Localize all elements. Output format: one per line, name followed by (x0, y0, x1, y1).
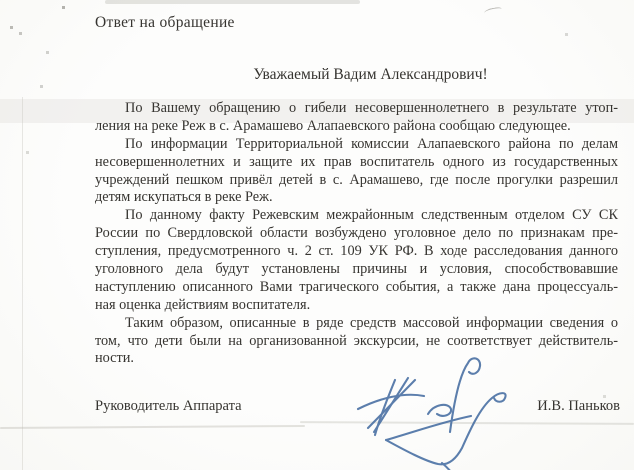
body-line: учреждений пешком привёл детей в с. Арам… (95, 172, 618, 190)
body-line: детям искупаться в реке Реж. (95, 189, 618, 207)
signoff-name: И.В. Паньков (537, 398, 620, 415)
body-line: уголовного дела будут установлены причин… (95, 261, 618, 279)
body-line: По информации Территориальной комиссии А… (95, 136, 618, 154)
scan-artifact-pen-mark (484, 6, 503, 16)
scanned-letter-page: Ответ на обращение Уважаемый Вадим Алекс… (0, 0, 634, 470)
body-line: наступлению описанного Вами трагического… (95, 279, 618, 297)
scan-artifact-top-band (105, 0, 360, 4)
body-line: России по Свердловской области возбужден… (95, 225, 618, 243)
scan-artifact-specks (0, 0, 1, 1)
body-line: ления на реке Реж в с. Арамашево Алапаев… (95, 118, 618, 136)
body-line: несовершеннолетних и защите их прав восп… (95, 154, 618, 172)
body-line: Таким образом, описанные в ряде средств … (95, 315, 618, 333)
body-line: По Вашему обращению о гибели несовершенн… (95, 100, 618, 118)
body-line: По данному факту Режевским межрайонным с… (95, 207, 618, 225)
letter-body: По Вашему обращению о гибели несовершенн… (95, 100, 618, 368)
handwritten-signature-icon (322, 352, 522, 470)
body-line: том, что дети были на организованной экс… (95, 333, 618, 351)
scan-artifact-fold-line (22, 97, 23, 470)
signoff-role: Руководитель Аппарата (95, 398, 242, 415)
scan-artifact-crease-left (0, 425, 305, 429)
body-line: ная оценка действиям воспитателя. (95, 297, 618, 315)
letter-title: Ответ на обращение (95, 14, 235, 32)
letter-salutation: Уважаемый Вадим Александрович! (95, 66, 618, 84)
body-line: ступления, предусмотренного ч. 2 ст. 109… (95, 243, 618, 261)
